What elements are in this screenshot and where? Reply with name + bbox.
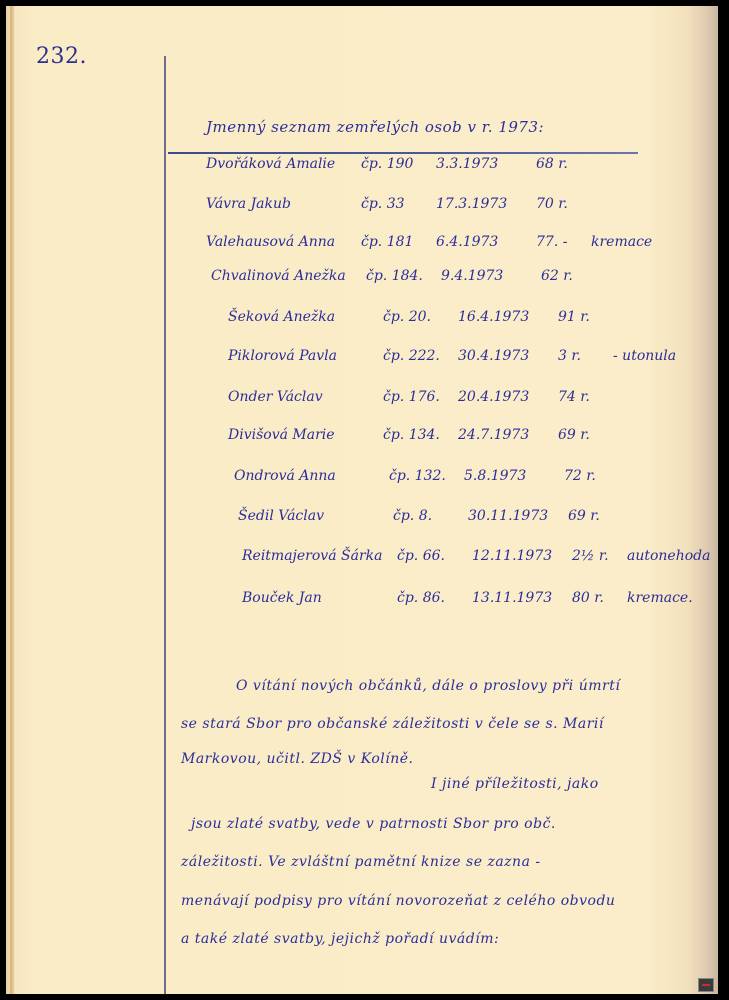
age-at-death: 69 r. [558, 427, 590, 443]
age-at-death: 62 r. [541, 268, 573, 284]
death-date: 30.4.1973 [458, 348, 529, 364]
person-name: Chvalinová Anežka [211, 268, 346, 284]
person-name: Onder Václav [228, 389, 323, 405]
note: kremace [591, 234, 652, 250]
person-name: Šedil Václav [238, 508, 324, 524]
house-number: čp. 176. [383, 389, 440, 405]
age-at-death: 91 r. [558, 309, 590, 325]
person-name: Reitmajerová Šárka [242, 548, 382, 564]
paragraph-line: menávají podpisy pro vítání novorozeňat … [181, 893, 615, 909]
death-date: 17.3.1973 [436, 196, 507, 212]
list-title: Jmenný seznam zemřelých osob v r. 1973: [206, 118, 544, 136]
age-at-death: 72 r. [564, 468, 596, 484]
death-date: 13.11.1973 [472, 590, 552, 606]
paragraph-line: a také zlaté svatby, jejichž pořadí uvád… [181, 931, 499, 947]
paragraph-line: Markovou, učitl. ZDŠ v Kolíně. [181, 751, 413, 767]
person-name: Ondrová Anna [234, 468, 336, 484]
chronicle-page: 232. Jmenný seznam zemřelých osob v r. 1… [6, 6, 718, 994]
person-name: Piklorová Pavla [228, 348, 337, 364]
person-name: Vávra Jakub [206, 196, 291, 212]
paragraph-line: se stará Sbor pro občanské záležitosti v… [181, 716, 604, 732]
person-name: Šeková Anežka [228, 309, 335, 325]
margin-line [164, 56, 166, 994]
house-number: čp. 66. [397, 548, 445, 564]
death-date: 20.4.1973 [458, 389, 529, 405]
paragraph-line: O vítání nových občánků, dále o proslovy… [236, 678, 620, 694]
death-date: 9.4.1973 [441, 268, 503, 284]
title-underline [168, 152, 638, 154]
person-name: Valehausová Anna [206, 234, 335, 250]
house-number: čp. 181 [361, 234, 413, 250]
age-at-death: 70 r. [536, 196, 568, 212]
age-at-death: 77. - [536, 234, 567, 250]
house-number: čp. 134. [383, 427, 440, 443]
death-date: 16.4.1973 [458, 309, 529, 325]
house-number: čp. 132. [389, 468, 446, 484]
note: kremace. [627, 590, 693, 606]
person-name: Divišová Marie [228, 427, 335, 443]
paragraph-line: záležitosti. Ve zvláštní pamětní knize s… [181, 854, 541, 870]
age-at-death: 69 r. [568, 508, 600, 524]
paragraph-line: I jiné příležitosti, jako [431, 776, 599, 792]
death-date: 24.7.1973 [458, 427, 529, 443]
death-date: 30.11.1973 [468, 508, 548, 524]
death-date: 3.3.1973 [436, 156, 498, 172]
age-at-death: 3 r. [558, 348, 581, 364]
paragraph-line: jsou zlaté svatby, vede v patrnosti Sbor… [191, 816, 556, 832]
person-name: Bouček Jan [242, 590, 322, 606]
house-number: čp. 86. [397, 590, 445, 606]
death-date: 12.11.1973 [472, 548, 552, 564]
house-number: čp. 222. [383, 348, 440, 364]
minimize-icon[interactable] [698, 978, 714, 992]
age-at-death: 2½ r. [572, 548, 609, 564]
house-number: čp. 8. [393, 508, 432, 524]
age-at-death: 68 r. [536, 156, 568, 172]
age-at-death: 80 r. [572, 590, 604, 606]
house-number: čp. 190 [361, 156, 413, 172]
note: - utonula [613, 348, 676, 364]
house-number: čp. 20. [383, 309, 431, 325]
death-date: 5.8.1973 [464, 468, 526, 484]
age-at-death: 74 r. [558, 389, 590, 405]
page-number: 232. [36, 44, 87, 69]
death-date: 6.4.1973 [436, 234, 498, 250]
house-number: čp. 33 [361, 196, 405, 212]
note: autonehoda [627, 548, 710, 564]
house-number: čp. 184. [366, 268, 423, 284]
person-name: Dvořáková Amalie [206, 156, 335, 172]
